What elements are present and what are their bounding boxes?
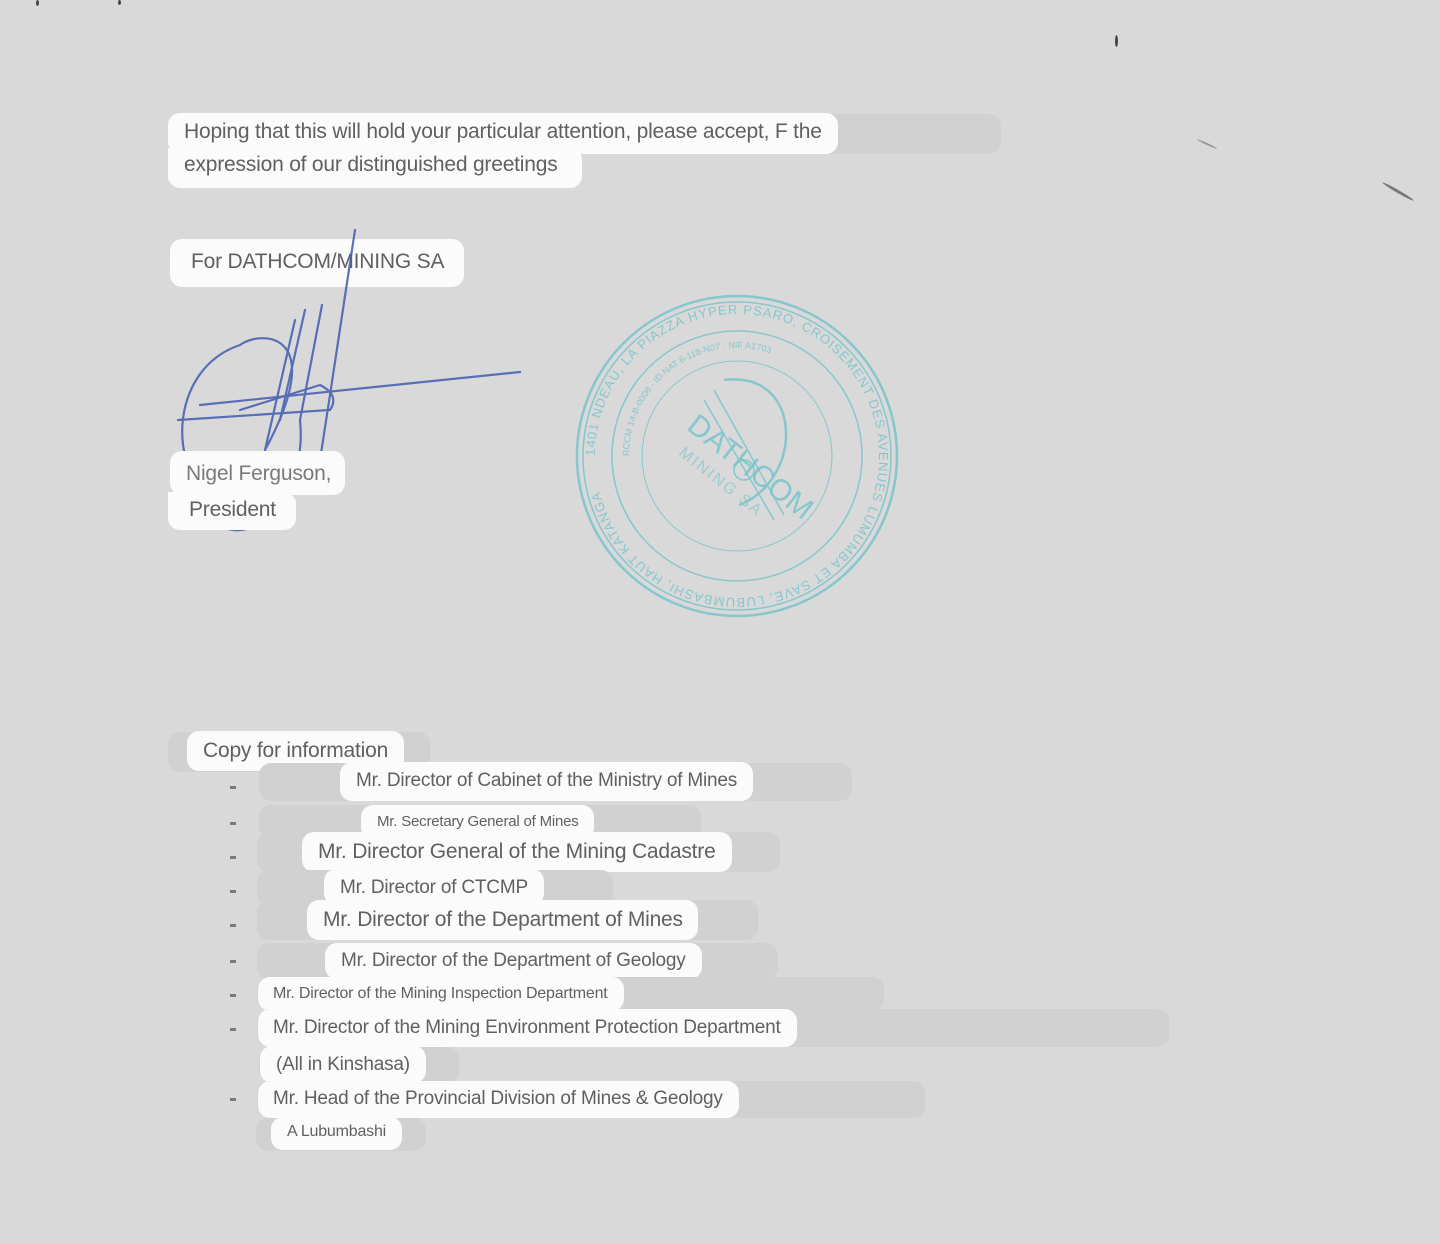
recipient-item: Mr. Director of the Department of Mines [307,900,698,940]
bullet [230,856,236,859]
bullet [230,890,236,893]
scan-speck [118,0,121,5]
signer-title: President [168,492,296,530]
recipient-item: Mr. Director General of the Mining Cadas… [302,832,732,872]
company-stamp: 1401 NDEAU, LA PIAZZA HYPER PSARO, CROIS… [574,290,900,622]
bullet [230,924,236,927]
bullet [230,822,236,825]
scan-speck [1115,35,1118,47]
recipient-item: Mr. Director of the Department of Geolog… [325,943,702,979]
bullet [230,1028,236,1031]
scan-speck [1382,181,1415,202]
bullet [230,960,236,963]
signer-name: Nigel Ferguson, [170,451,345,495]
kinshasa-note: (All in Kinshasa) [260,1046,426,1083]
company-line: For DATHCOM/MINING SA [170,239,464,287]
recipient-item: Mr. Director of the Mining Environment P… [258,1009,797,1047]
bullet [230,1098,236,1101]
scan-speck [1197,138,1218,149]
closing-line-2: expression of our distinguished greeting… [168,148,582,188]
provincial-recipient: Mr. Head of the Provincial Division of M… [258,1081,739,1118]
provincial-location: A Lubumbashi [271,1117,402,1150]
recipient-item: Mr. Director of Cabinet of the Ministry … [340,762,753,801]
recipient-item: Mr. Director of the Mining Inspection De… [258,977,624,1011]
scan-speck [36,0,39,6]
bullet [230,994,236,997]
bullet [230,786,236,789]
